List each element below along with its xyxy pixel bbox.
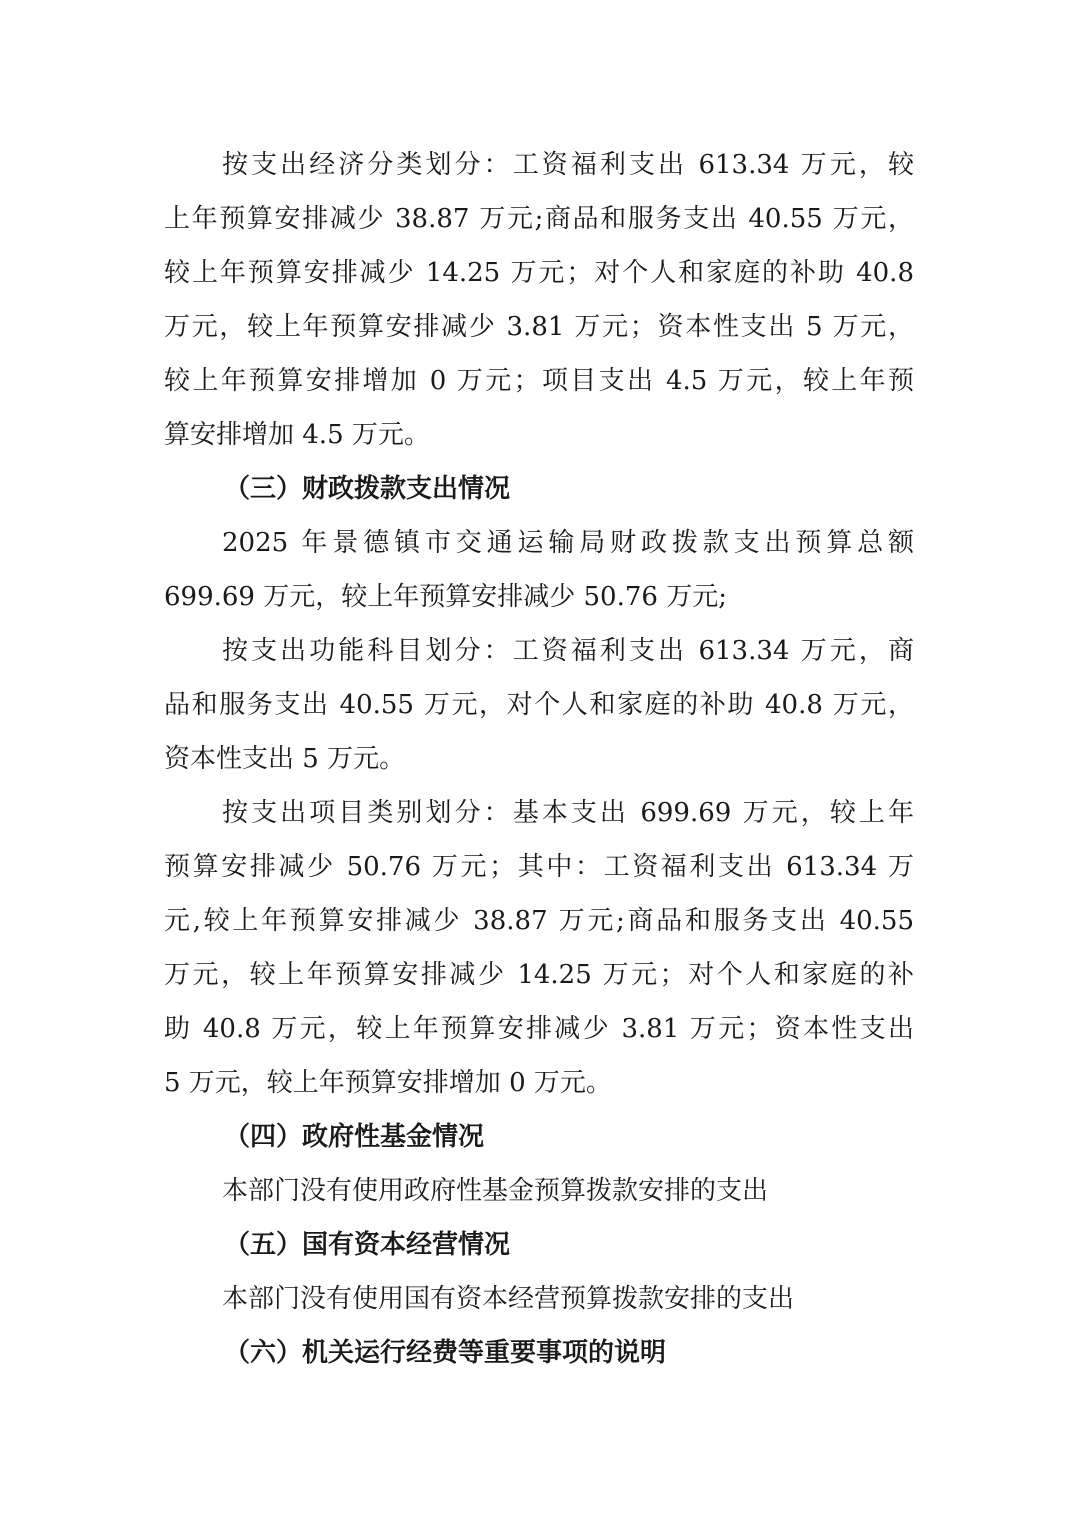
section-heading-government-funds: （四）政府性基金情况 bbox=[164, 1110, 914, 1164]
text-line: 预算安排减少 50.76 万元；其中：工资福利支出 613.34 万 bbox=[164, 840, 914, 894]
text-line: 上年预算安排减少 38.87 万元;商品和服务支出 40.55 万元， bbox=[164, 192, 914, 246]
text-line: 较上年预算安排增加 0 万元；项目支出 4.5 万元，较上年预 bbox=[164, 354, 914, 408]
paragraph-government-funds: 本部门没有使用政府性基金预算拨款安排的支出 bbox=[164, 1164, 914, 1218]
paragraph-functional-classification: 按支出功能科目划分：工资福利支出 613.34 万元，商 品和服务支出 40.5… bbox=[164, 624, 914, 786]
text-line: 算安排增加 4.5 万元。 bbox=[164, 408, 914, 462]
paragraph-fiscal-total: 2025 年景德镇市交通运输局财政拨款支出预算总额 699.69 万元，较上年预… bbox=[164, 516, 914, 624]
text-line: 5 万元，较上年预算安排增加 0 万元。 bbox=[164, 1056, 914, 1110]
text-line: 助 40.8 万元，较上年预算安排减少 3.81 万元；资本性支出 bbox=[164, 1002, 914, 1056]
text-line: 按支出经济分类划分：工资福利支出 613.34 万元，较 bbox=[164, 138, 914, 192]
document-page: 按支出经济分类划分：工资福利支出 613.34 万元，较 上年预算安排减少 38… bbox=[164, 138, 914, 1380]
text-line: 元,较上年预算安排减少 38.87 万元;商品和服务支出 40.55 bbox=[164, 894, 914, 948]
text-line: 品和服务支出 40.55 万元，对个人和家庭的补助 40.8 万元， bbox=[164, 678, 914, 732]
paragraph-state-capital: 本部门没有使用国有资本经营预算拨款安排的支出 bbox=[164, 1272, 914, 1326]
text-line: 按支出项目类别划分：基本支出 699.69 万元，较上年 bbox=[164, 786, 914, 840]
section-heading-fiscal-expenditure: （三）财政拨款支出情况 bbox=[164, 462, 914, 516]
text-line: 2025 年景德镇市交通运输局财政拨款支出预算总额 bbox=[164, 516, 914, 570]
text-line: 资本性支出 5 万元。 bbox=[164, 732, 914, 786]
text-line: 万元，较上年预算安排减少 14.25 万元；对个人和家庭的补 bbox=[164, 948, 914, 1002]
paragraph-economic-classification: 按支出经济分类划分：工资福利支出 613.34 万元，较 上年预算安排减少 38… bbox=[164, 138, 914, 462]
paragraph-project-classification: 按支出项目类别划分：基本支出 699.69 万元，较上年 预算安排减少 50.7… bbox=[164, 786, 914, 1110]
text-line: 较上年预算安排减少 14.25 万元；对个人和家庭的补助 40.8 bbox=[164, 246, 914, 300]
text-line: 按支出功能科目划分：工资福利支出 613.34 万元，商 bbox=[164, 624, 914, 678]
section-heading-operating-expenses: （六）机关运行经费等重要事项的说明 bbox=[164, 1326, 914, 1380]
section-heading-state-capital: （五）国有资本经营情况 bbox=[164, 1218, 914, 1272]
text-line: 万元，较上年预算安排减少 3.81 万元；资本性支出 5 万元， bbox=[164, 300, 914, 354]
text-line: 699.69 万元，较上年预算安排减少 50.76 万元; bbox=[164, 570, 914, 624]
